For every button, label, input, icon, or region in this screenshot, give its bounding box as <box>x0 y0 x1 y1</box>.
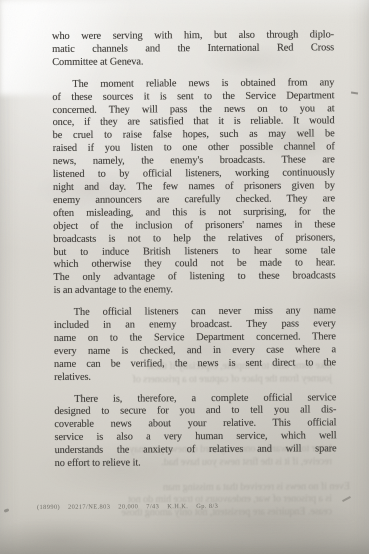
bleedthrough-text: Even if no news is received that a missi… <box>46 481 350 494</box>
text-line: of these sources it is sent to the Servi… <box>52 90 334 105</box>
text-line: matic channels and the International Red… <box>52 42 334 57</box>
ink-speck <box>342 496 351 502</box>
scanned-page: take some time to complete, especially i… <box>0 0 369 554</box>
page-text-block: who were serving with him, but also thro… <box>52 29 337 480</box>
text-line: is an advantage to the enemy. <box>54 283 336 298</box>
paragraph: There is, therefore, a complete official… <box>54 392 336 471</box>
text-line: Committee at Geneva. <box>52 55 334 70</box>
paragraph: The moment reliable news is obtained fro… <box>52 77 335 298</box>
ink-speck <box>351 92 358 95</box>
printer-imprint: (18990) 20217/NE.803 20,000 7/43 K.H.K. … <box>37 503 218 511</box>
ink-speck <box>4 508 10 513</box>
paragraph: The official listeners can never miss an… <box>54 305 336 384</box>
text-line: broadcasts is not to help the relatives … <box>53 232 335 247</box>
text-line: no effort to relieve it. <box>55 456 337 471</box>
paragraph: who were serving with him, but also thro… <box>52 29 334 69</box>
text-line: name can be verified, the news is sent d… <box>54 357 336 372</box>
text-line: The moment reliable news is obtained fro… <box>52 77 334 92</box>
text-line: understands the anxiety of relatives and… <box>55 443 337 458</box>
text-line: relatives. <box>54 370 336 385</box>
text-line: The only advantage of listening to these… <box>53 271 335 286</box>
text-line: object of the inclusion of prisoners' na… <box>53 219 335 234</box>
text-line: often misleading, and this is not surpri… <box>53 206 335 221</box>
